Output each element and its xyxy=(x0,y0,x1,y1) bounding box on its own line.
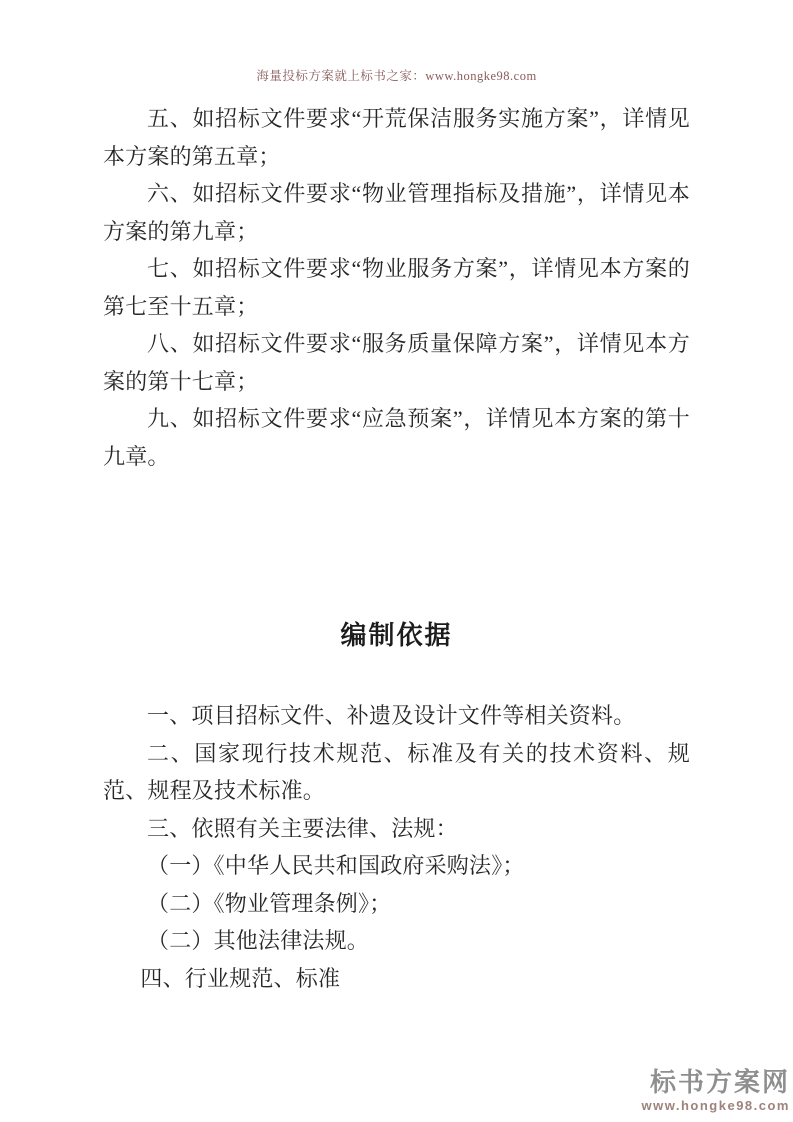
body-paragraph: 九、如招标文件要求“应急预案”，详情见本方案的第十九章。 xyxy=(103,400,690,475)
page-header-watermark: 海量投标方案就上标书之家：www.hongke98.com xyxy=(0,66,793,84)
body-paragraph: 七、如招标文件要求“物业服务方案”，详情见本方案的第七至十五章； xyxy=(103,250,690,325)
list-item: 一、项目招标文件、补遗及设计文件等相关资料。 xyxy=(103,697,690,735)
list-item: （二）其他法律法规。 xyxy=(103,922,690,960)
header-text: 海量投标方案就上标书之家：www.hongke98.com xyxy=(256,69,536,83)
document-page: 海量投标方案就上标书之家：www.hongke98.com 五、如招标文件要求“… xyxy=(0,0,793,1122)
watermark-site-url: www.hongke98.com xyxy=(642,1098,791,1114)
corner-watermark: 标书方案网 www.hongke98.com xyxy=(642,1068,791,1114)
reference-list: 一、项目招标文件、补遗及设计文件等相关资料。 二、国家现行技术规范、标准及有关的… xyxy=(103,697,690,997)
list-item: 二、国家现行技术规范、标准及有关的技术资料、规范、规程及技术标准。 xyxy=(103,735,690,810)
body-paragraph: 八、如招标文件要求“服务质量保障方案”，详情见本方案的第十七章； xyxy=(103,325,690,400)
watermark-site-name: 标书方案网 xyxy=(642,1068,791,1096)
list-item: （二）《物业管理条例》； xyxy=(103,885,690,923)
list-item: （一）《中华人民共和国政府采购法》； xyxy=(103,847,690,885)
body-paragraph: 五、如招标文件要求“开荒保洁服务实施方案”，详情见本方案的第五章； xyxy=(103,100,690,175)
section-title: 编制依据 xyxy=(103,615,690,655)
document-body: 五、如招标文件要求“开荒保洁服务实施方案”，详情见本方案的第五章； 六、如招标文… xyxy=(103,100,690,997)
body-paragraph: 六、如招标文件要求“物业管理指标及措施”，详情见本方案的第九章； xyxy=(103,175,690,250)
list-item: 四、行业规范、标准 xyxy=(103,960,690,998)
list-item: 三、依照有关主要法律、法规： xyxy=(103,810,690,848)
